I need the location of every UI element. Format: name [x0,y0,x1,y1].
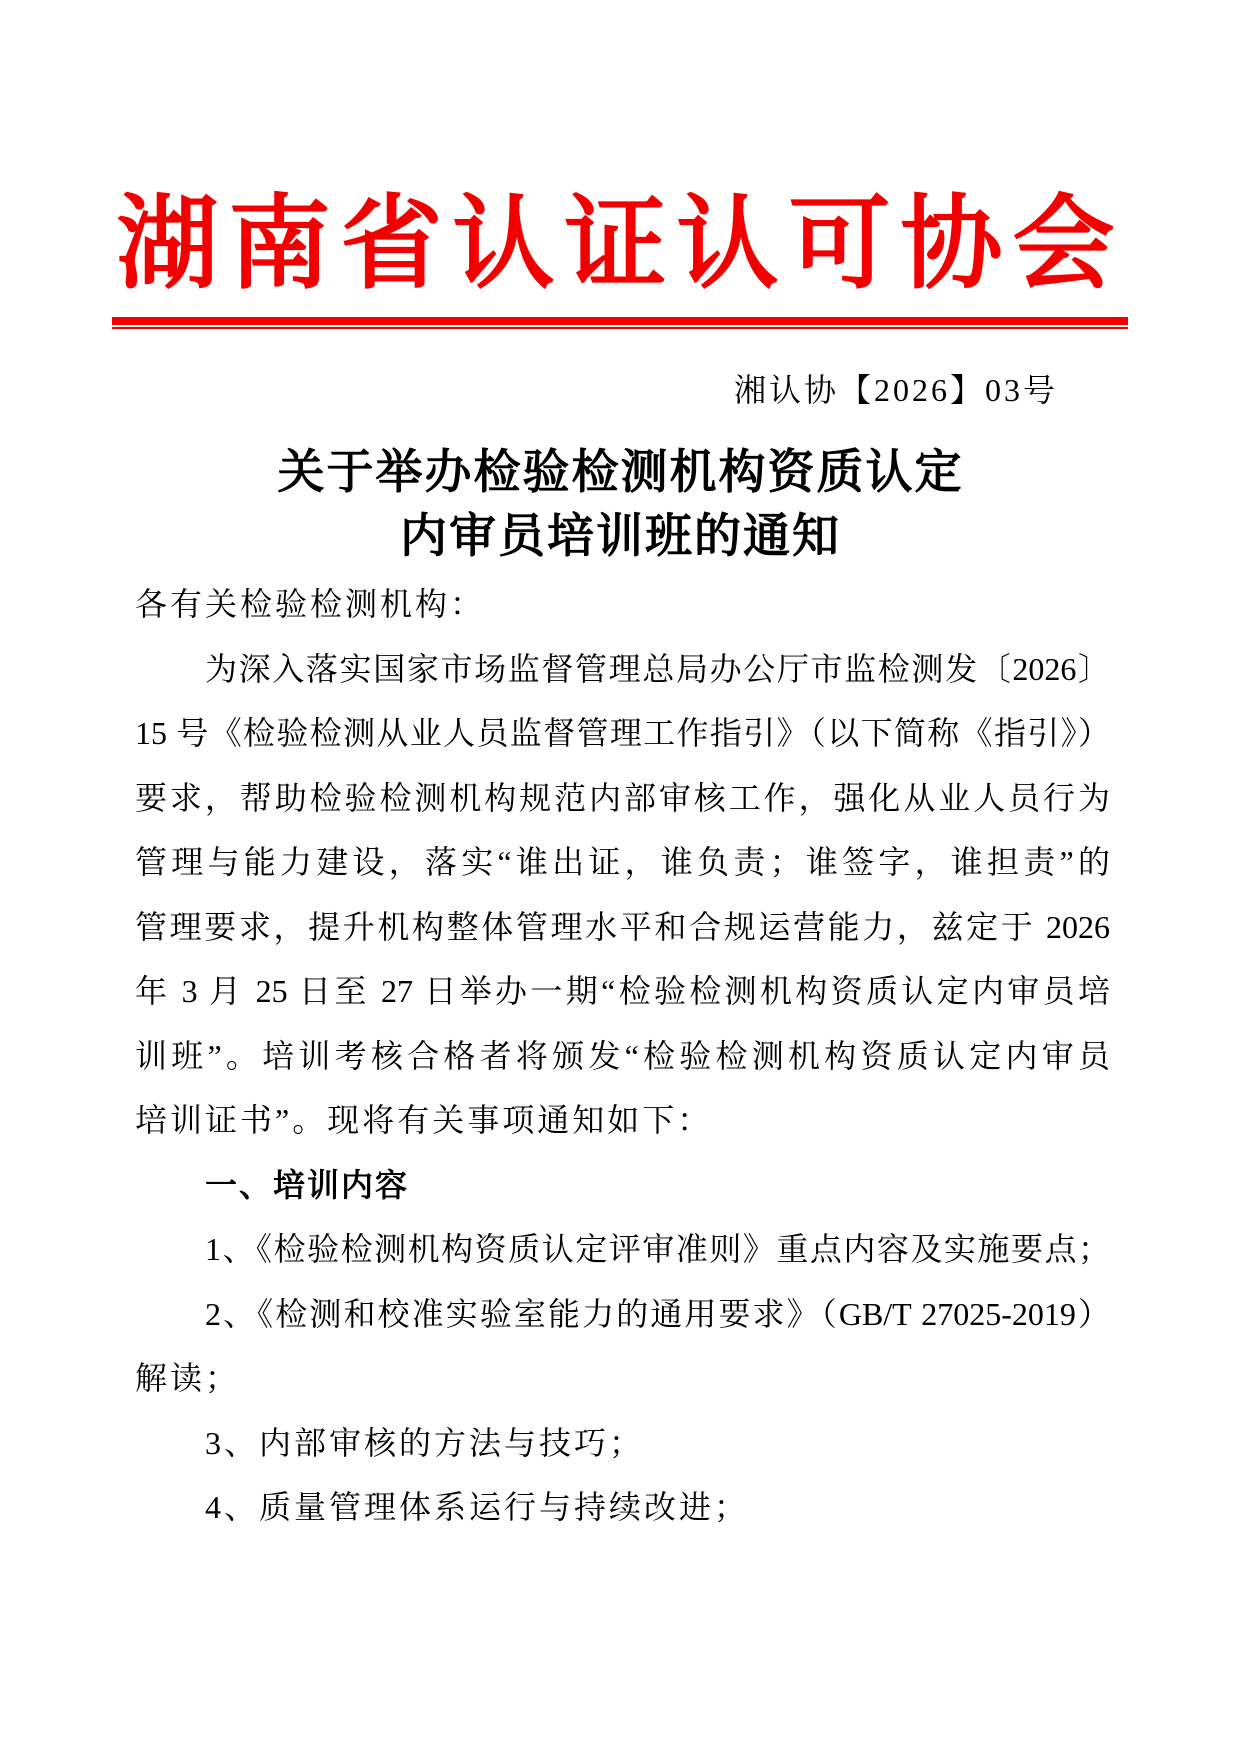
doc-title-line1: 关于举办检验检测机构资质认定 [278,447,964,499]
body-line: 15 号《检验检测从业人员监督管理工作指引》（以下简称《指引》） [135,701,1110,766]
body-line: 2、《检测和校准实验室能力的通用要求》（GB/T 27025-2019） [135,1282,1110,1347]
body-line: 培训证书”。现将有关事项通知如下： [135,1088,1110,1153]
body-line: 1、《检验检测机构资质认定评审准则》重点内容及实施要点； [135,1217,1110,1282]
body-line: 各有关检验检测机构： [135,572,1110,637]
red-divider-thick-line [112,317,1128,325]
doc-title-line2: 内审员培训班的通知 [400,511,841,563]
body-line: 解读； [135,1346,1110,1411]
org-title: 湖南省认证认可协会 [0,195,1241,297]
doc-number: 湘认协【2026】03号 [0,369,1241,411]
doc-title: 关于举办检验检测机构资质认定 内审员培训班的通知 [0,441,1241,569]
red-divider-thin-line [112,327,1128,329]
body-line: 管理要求，提升机构整体管理水平和合规运营能力，兹定于 2026 [135,895,1110,960]
document-body: 各有关检验检测机构：为深入落实国家市场监督管理总局办公厅市监检测发〔2026〕1… [135,572,1110,1540]
document-page: 湖南省认证认可协会 湘认协【2026】03号 关于举办检验检测机构资质认定 内审… [0,0,1241,1754]
body-line: 管理与能力建设，落实“谁出证，谁负责；谁签字，谁担责”的 [135,830,1110,895]
body-line: 年 3 月 25 日至 27 日举办一期“检验检测机构资质认定内审员培 [135,959,1110,1024]
body-line: 一、培训内容 [135,1153,1110,1218]
body-line: 要求，帮助检验检测机构规范内部审核工作，强化从业人员行为 [135,766,1110,831]
body-line: 4、质量管理体系运行与持续改进； [135,1475,1110,1540]
body-line: 为深入落实国家市场监督管理总局办公厅市监检测发〔2026〕 [135,637,1110,702]
body-line: 3、内部审核的方法与技巧； [135,1411,1110,1476]
red-divider [112,317,1128,329]
body-line: 训班”。培训考核合格者将颁发“检验检测机构资质认定内审员 [135,1024,1110,1089]
